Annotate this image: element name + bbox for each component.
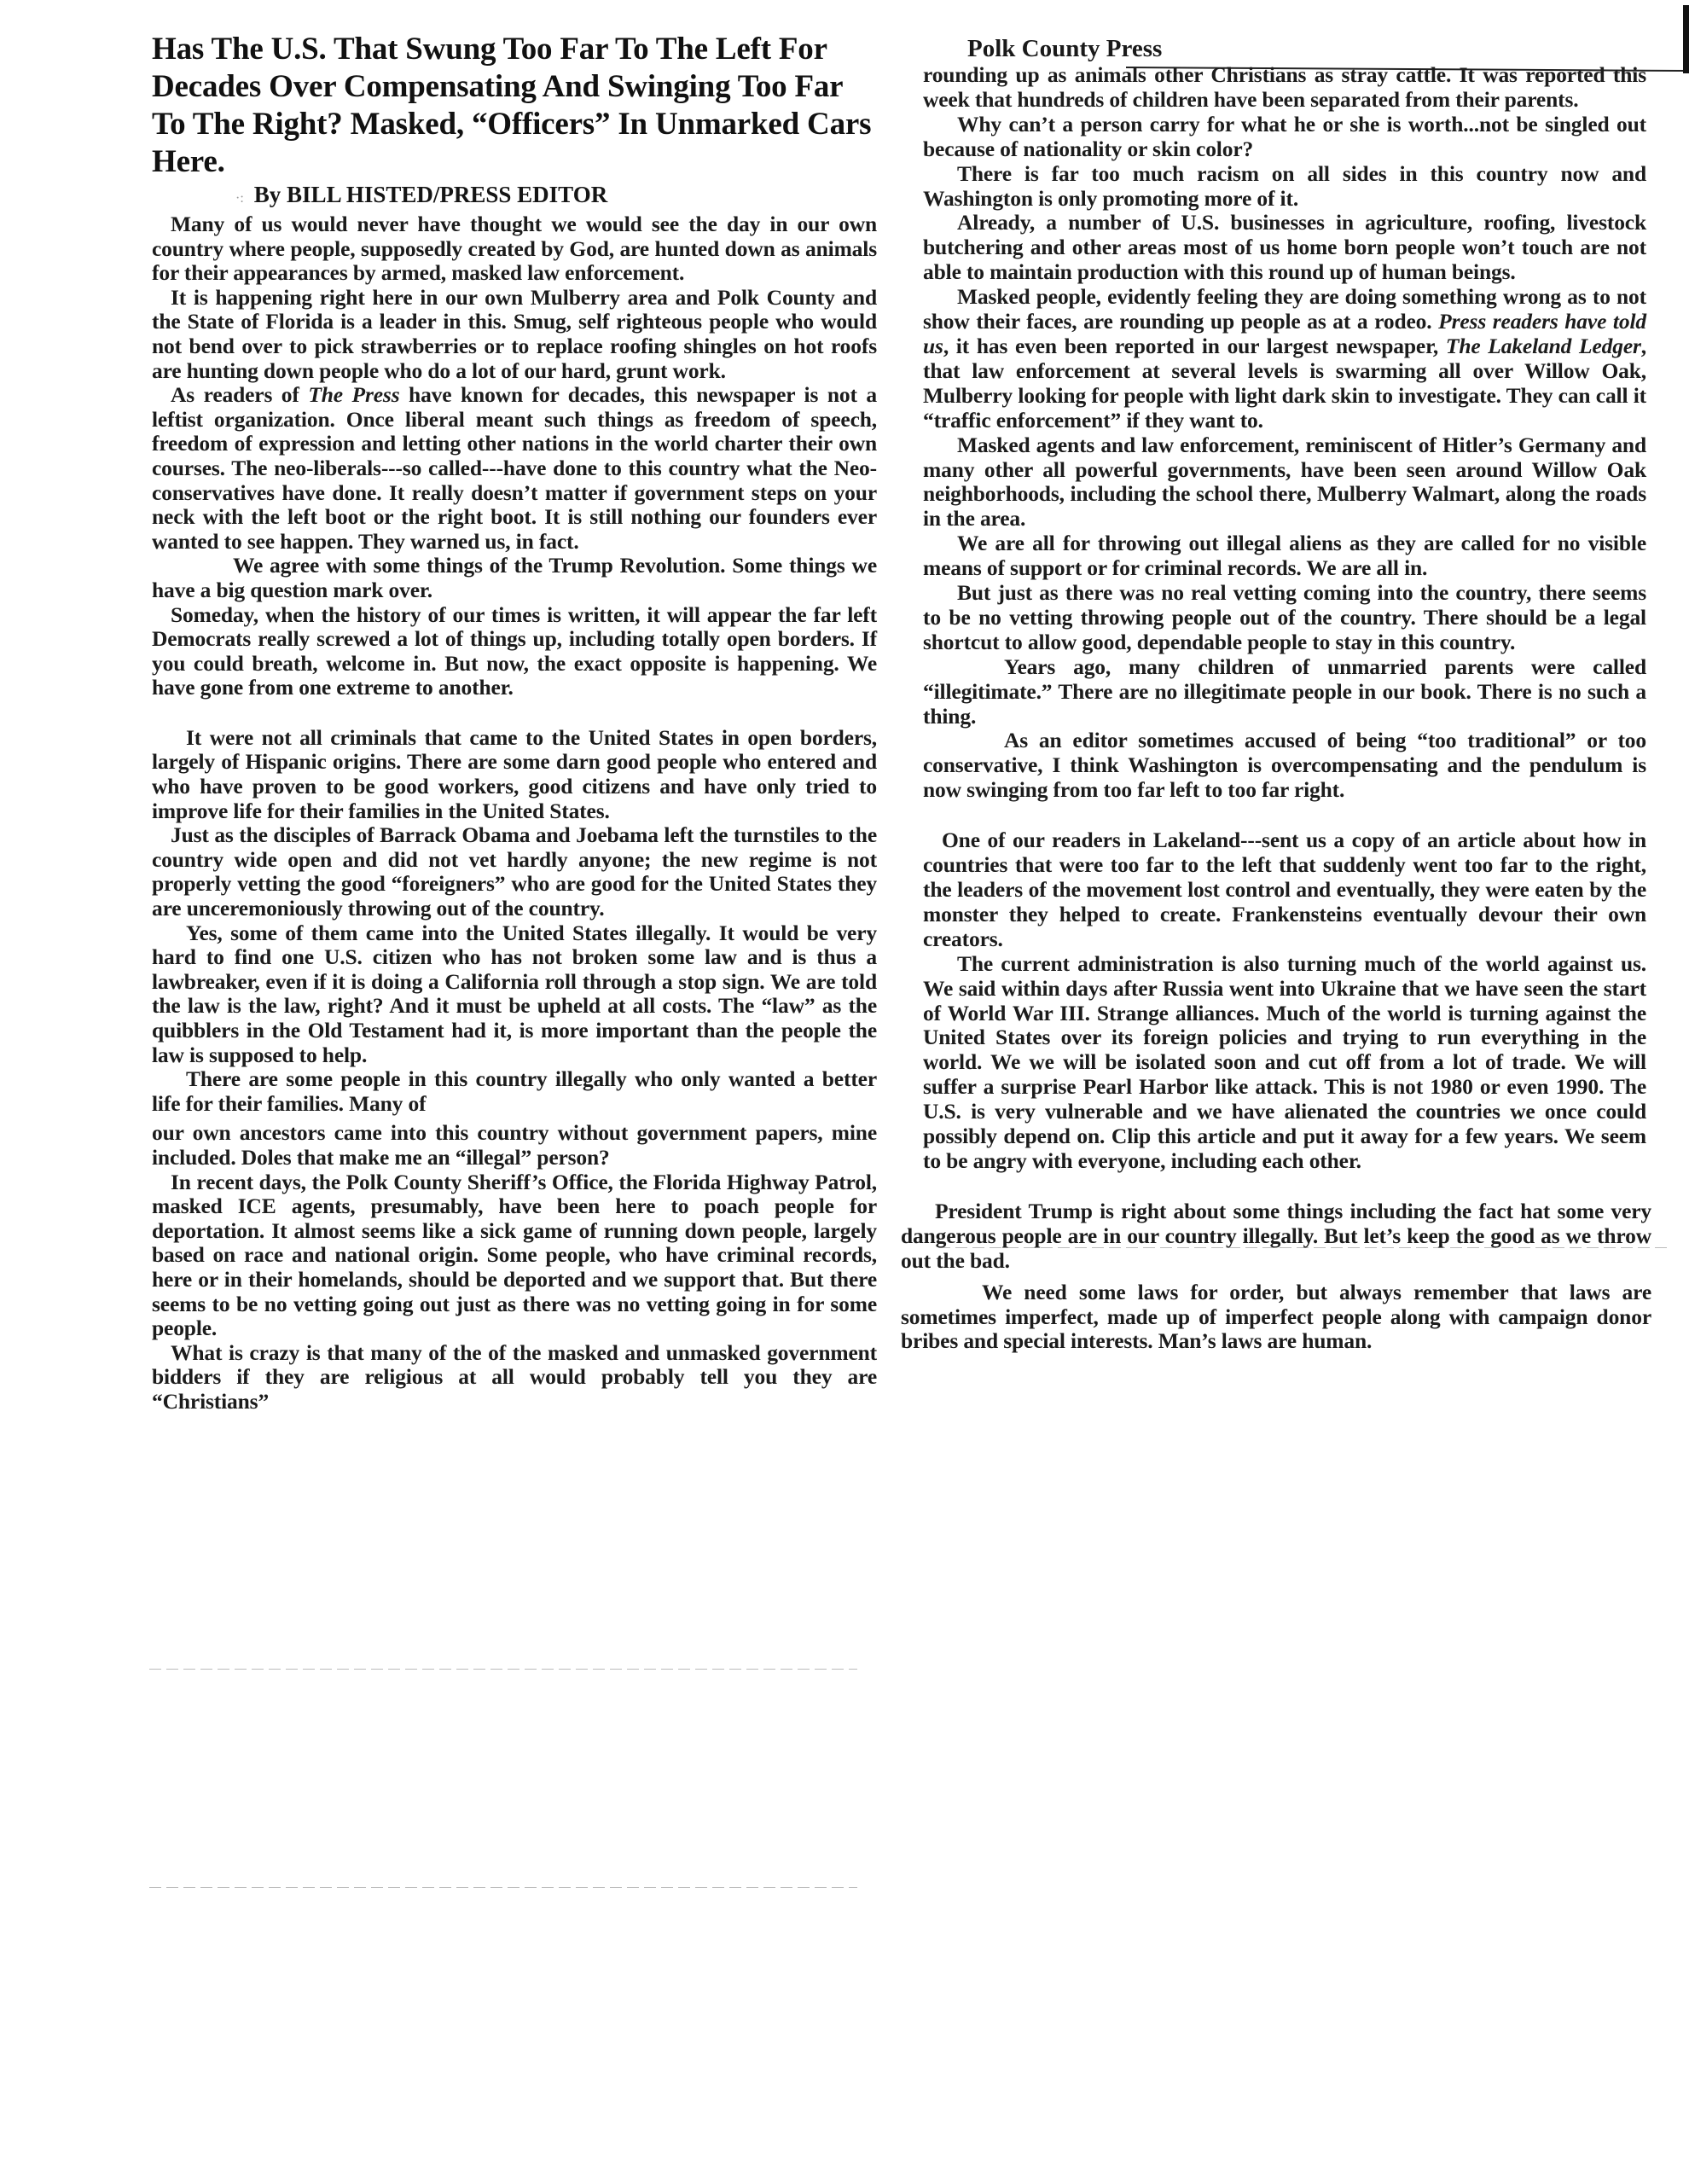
publication-name: The Lakeland Ledger [1446, 334, 1641, 358]
right-column: Polk County Press rounding up as animals… [923, 31, 1646, 1354]
paragraph: As readers of The Press have known for d… [152, 383, 877, 554]
paragraph-text: , it has even been reported in our large… [943, 334, 1446, 358]
scan-speck: ·: [235, 191, 244, 206]
paragraph: But just as there was no real vetting co… [923, 581, 1646, 655]
byline: ·:By BILL HISTED/PRESS EDITOR [235, 181, 877, 212]
closing-section: President Trump is right about some thin… [901, 1199, 1651, 1354]
closing-paragraph: President Trump is right about some thin… [901, 1199, 1651, 1274]
paragraph: The current administration is also turni… [923, 952, 1646, 1174]
paragraph: Masked people, evidently feeling they ar… [923, 285, 1646, 433]
paragraph: Someday, when the history of our times i… [152, 603, 877, 700]
paragraph: Many of us would never have thought we w… [152, 212, 877, 286]
paragraph: rounding up as animals other Christians … [923, 63, 1646, 113]
paragraph: What is crazy is that many of the of the… [152, 1341, 877, 1414]
paragraph: Yes, some of them came into the United S… [152, 921, 877, 1068]
left-column: Has The U.S. That Swung Too Far To The L… [152, 31, 877, 1414]
left-body: Many of us would never have thought we w… [152, 212, 877, 1414]
paragraph: There are some people in this country il… [152, 1067, 877, 1116]
paragraph: Just as the disciples of Barrack Obama a… [152, 823, 877, 921]
paragraph: In recent days, the Polk County Sheriff’… [152, 1170, 877, 1341]
paragraph: We agree with some things of the Trump R… [152, 554, 877, 602]
clipping-edge-vertical [1683, 5, 1689, 73]
paragraph: Why can’t a person carry for what he or … [923, 113, 1646, 162]
paragraph: There is far too much racism on all side… [923, 162, 1646, 212]
right-body: rounding up as animals other Christians … [923, 63, 1646, 1174]
paragraph: our own ancestors came into this country… [152, 1121, 877, 1170]
paragraph-text: have known for decades, this newspaper i… [152, 382, 877, 554]
cut-line-left [149, 1669, 857, 1670]
newspaper-masthead: Polk County Press [967, 34, 1646, 63]
paragraph: It is happening right here in our own Mu… [152, 286, 877, 383]
paragraph: Masked agents and law enforcement, remin… [923, 433, 1646, 532]
paragraph: As an editor sometimes accused of being … [923, 729, 1646, 803]
paragraph: Already, a number of U.S. businesses in … [923, 211, 1646, 285]
byline-text: By BILL HISTED/PRESS EDITOR [254, 182, 607, 207]
paragraph: Years ago, many children of unmarried pa… [923, 655, 1646, 729]
paragraph: One of our readers in Lakeland---sent us… [923, 828, 1646, 952]
publication-name: The Press [308, 382, 399, 407]
paragraph-text: As readers of [171, 382, 308, 407]
cut-line-left-2 [149, 1887, 857, 1888]
closing-paragraph: We need some laws for order, but always … [901, 1281, 1651, 1355]
article-headline: Has The U.S. That Swung Too Far To The L… [152, 31, 877, 181]
paragraph: It were not all criminals that came to t… [152, 726, 877, 823]
paragraph: We are all for throwing out illegal alie… [923, 531, 1646, 581]
